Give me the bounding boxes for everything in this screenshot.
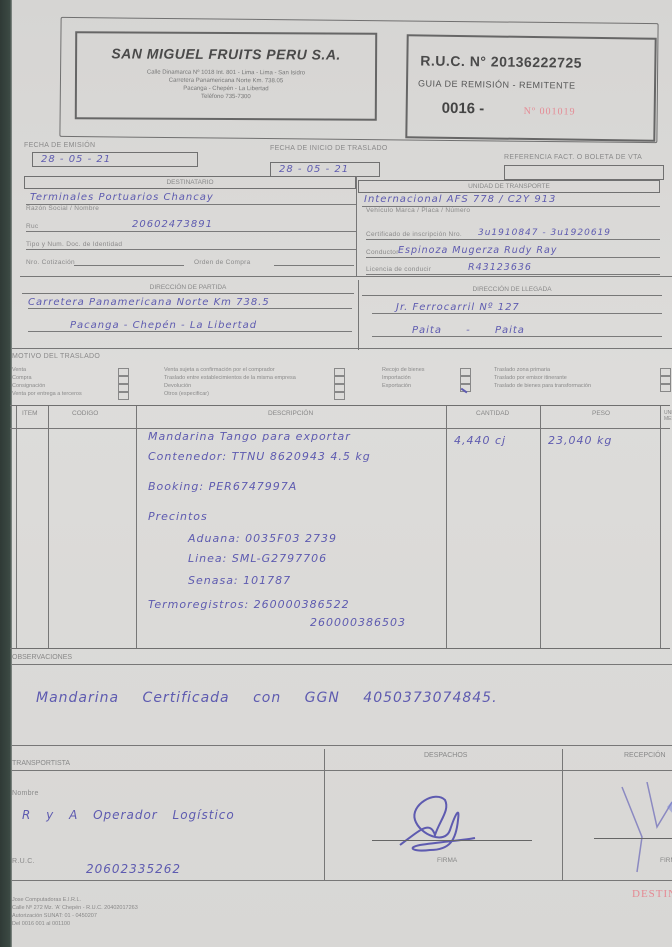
doc-identidad-label: Tipo y Num. Doc. de Identidad: [26, 241, 122, 248]
divider: [358, 280, 359, 350]
motivo-checkbox[interactable]: [460, 368, 471, 376]
item-peso[interactable]: 23,040 kg: [548, 434, 612, 447]
vehiculo-value[interactable]: Internacional AFS 778 / C2Y 913: [364, 194, 556, 205]
despachos-signature-line: [372, 840, 532, 841]
llegada-line-1[interactable]: Jr. Ferrocarril Nº 127: [372, 302, 662, 314]
company-name: SAN MIGUEL FRUITS PERU S.A.: [77, 45, 375, 63]
partida-header: DIRECCIÓN DE PARTIDA: [22, 282, 354, 294]
transportista-label: TRANSPORTISTA: [12, 760, 70, 767]
description-line[interactable]: Precintos: [148, 510, 208, 523]
observaciones-label: OBSERVACIONES: [12, 654, 72, 661]
motivo-checkbox[interactable]: [460, 384, 471, 392]
document-number: Nº 001019: [524, 106, 576, 118]
orden-compra-label: Orden de Compra: [194, 259, 251, 266]
company-address-line: Carretera Panamericana Norte Km. 738.05: [77, 77, 375, 85]
partida-line-2[interactable]: Pacanga - Chepén - La Libertad: [28, 320, 352, 332]
conductor-value[interactable]: Espinoza Mugerza Rudy Ray: [398, 245, 557, 256]
cotizacion-field[interactable]: [74, 265, 184, 266]
motivo-option-label: Traslado de bienes para transformación: [494, 383, 591, 391]
razon-social-label: Razón Social / Nombre: [26, 205, 99, 212]
printer-line: Jose Computadoras E.I.R.L.: [12, 897, 81, 903]
document-type: GUIA DE REMISIÓN - REMITENTE: [418, 78, 576, 90]
motivo-option-label: Compra: [12, 375, 32, 383]
recepcion-signature-line: [594, 838, 672, 839]
orden-compra-field[interactable]: [274, 265, 354, 266]
printer-line: Autorización SUNAT: 01 - 0450207: [12, 913, 97, 919]
licencia-label: Licencia de conducir: [366, 266, 431, 273]
vehiculo-row: Internacional AFS 778 / C2Y 913: [362, 192, 660, 207]
motivo-checkbox[interactable]: [118, 368, 129, 376]
divider: [12, 880, 672, 881]
description-line[interactable]: 260000386503: [310, 616, 406, 629]
motivo-option-label: Traslado entre establecimientos de la mi…: [164, 375, 296, 383]
motivo-option-label: Importación: [382, 375, 411, 383]
company-box: SAN MIGUEL FRUITS PERU S.A. Calle Dinama…: [75, 31, 377, 121]
transportista-ruc-label: R.U.C.: [12, 858, 35, 865]
emision-date-label: FECHA DE EMISIÓN: [24, 142, 95, 149]
company-phone: Teléfono 735-7300: [77, 93, 375, 101]
observaciones-text[interactable]: Mandarina Certificada con GGN 4050373074…: [36, 690, 498, 706]
referencia-field[interactable]: [504, 165, 664, 180]
motivo-option-label: Devolución: [164, 383, 191, 391]
transportista-nombre-label: Nombre: [12, 790, 39, 797]
licencia-row: Licencia de conducir R43123636: [366, 260, 660, 275]
divider: [12, 348, 672, 349]
motivo-checkbox[interactable]: [334, 368, 345, 376]
divider: [12, 745, 672, 746]
motivo-checkbox[interactable]: [334, 376, 345, 384]
despachos-signature: [390, 790, 500, 860]
motivo-option-label: Traslado por emisor itinerante: [494, 375, 567, 383]
col-item: ITEM: [22, 410, 38, 417]
vehiculo-label: Vehículo Marca / Placa / Número: [366, 207, 470, 214]
description-line[interactable]: Senasa: 101787: [188, 574, 291, 587]
printer-line: Del 0016 001 al 001100: [12, 921, 70, 927]
description-line[interactable]: Contenedor: TTNU 8620943 4.5 kg: [148, 450, 371, 463]
recepcion-signature: [612, 782, 672, 882]
motivo-option-label: Consignación: [12, 383, 45, 391]
col-unidad-medida: UNIDAD MEDIDA: [664, 410, 672, 422]
despachos-label: DESPACHOS: [424, 752, 467, 759]
copy-mark: DESTINATARIO: [632, 888, 672, 900]
motivo-checkbox[interactable]: [334, 384, 345, 392]
divider: [12, 664, 672, 665]
ruc-value[interactable]: 20602473891: [132, 219, 213, 230]
company-address-line: Pacanga - Chepén - La Libertad: [77, 85, 375, 93]
partida-line-1[interactable]: Carretera Panamericana Norte Km 738.5: [28, 297, 352, 309]
certificado-value[interactable]: 3u1910847 - 3u1920619: [478, 228, 611, 238]
licencia-value[interactable]: R43123636: [468, 262, 532, 273]
doc-identidad-row: Tipo y Num. Doc. de Identidad: [26, 235, 356, 250]
printer-line: Calle Nº 272 Mz. 'A' Chepén - R.U.C. 204…: [12, 905, 138, 911]
company-address-line: Calle Dinamarca Nº 1018 Int. 801 - Lima …: [77, 69, 375, 77]
divider: [562, 749, 563, 881]
col-peso: PESO: [592, 410, 610, 417]
motivo-option-label: Otros (especificar): [164, 391, 209, 399]
col-cantidad: CANTIDAD: [476, 410, 509, 417]
motivo-option-label: Venta por entrega a terceros: [12, 391, 82, 399]
col-descripcion: DESCRIPCIÓN: [268, 410, 313, 417]
recepcion-label: RECEPCIÓN: [624, 752, 666, 759]
certificado-row: Certificado de inscripción Nro. 3u191084…: [366, 225, 660, 240]
description-line[interactable]: Mandarina Tango para exportar: [148, 430, 351, 443]
certificado-label: Certificado de inscripción Nro.: [366, 231, 462, 238]
razon-social-value[interactable]: Terminales Portuarios Chancay: [30, 192, 214, 203]
motivo-option-label: Venta: [12, 367, 26, 375]
motivo-checkbox[interactable]: [118, 392, 129, 400]
despachos-firma-label: FIRMA: [437, 857, 457, 864]
conductor-row: Conductor Espinoza Mugerza Rudy Ray: [366, 243, 660, 258]
motivo-option-label: Venta sujeta a confirmación por el compr…: [164, 367, 275, 375]
cotizacion-row: Nro. Cotización Orden de Compra: [26, 253, 356, 267]
col-codigo: CODIGO: [72, 410, 98, 417]
ruc-box: R.U.C. N° 20136222725 GUIA DE REMISIÓN -…: [405, 34, 656, 141]
items-table: ITEM CODIGO DESCRIPCIÓN CANTIDAD PESO UN…: [10, 405, 670, 649]
item-cantidad[interactable]: 4,440 cj: [454, 434, 506, 447]
motivo-option-label: Recojo de bienes: [382, 367, 425, 375]
destinatario-header: DESTINATARIO: [24, 176, 356, 189]
conductor-label: Conductor: [366, 249, 399, 256]
divider: [12, 770, 672, 771]
transportista-ruc-value[interactable]: 20602335262: [86, 862, 181, 876]
description-line[interactable]: Booking: PER6747997A: [148, 480, 297, 493]
document-serie: 0016 -: [442, 100, 485, 118]
motivo-checkbox[interactable]: [460, 376, 471, 384]
description-line[interactable]: Aduana: 0035F03 2739: [188, 532, 337, 545]
ruc-row: Ruc 20602473891: [26, 217, 356, 232]
inicio-date-field[interactable]: 28 - 05 - 21: [270, 162, 380, 177]
motivo-checkbox[interactable]: [118, 384, 129, 392]
motivo-option-label: Traslado zona primaria: [494, 367, 550, 375]
motivo-label: MOTIVO DEL TRASLADO: [12, 353, 100, 360]
waybill-document: SAN MIGUEL FRUITS PERU S.A. Calle Dinama…: [12, 0, 672, 947]
ruc-label: Ruc: [26, 223, 38, 230]
motivo-checkbox[interactable]: [334, 392, 345, 400]
inicio-date-label: FECHA DE INICIO DE TRASLADO: [270, 145, 388, 152]
emision-date-field[interactable]: 28 - 05 - 21: [32, 152, 198, 167]
table-header-divider: [10, 428, 670, 429]
razon-social-row: Terminales Portuarios Chancay: [26, 190, 356, 205]
divider: [324, 749, 325, 881]
divider: [20, 276, 672, 277]
motivo-checkbox[interactable]: [118, 376, 129, 384]
motivo-checkbox[interactable]: [660, 376, 671, 384]
llegada-line-2[interactable]: Paita - Paita: [372, 325, 662, 337]
recepcion-firma-label: FIRMA: [660, 857, 672, 864]
cotizacion-label: Nro. Cotización: [26, 259, 75, 266]
transportista-nombre-value[interactable]: R y A Operador Logístico: [22, 808, 235, 822]
motivo-checkbox[interactable]: [660, 368, 671, 376]
llegada-header: DIRECCIÓN DE LLEGADA: [362, 284, 662, 296]
referencia-label: REFERENCIA FACT. O BOLETA DE VTA: [504, 154, 642, 161]
description-line[interactable]: Termoregistros: 260000386522: [148, 598, 350, 611]
description-line[interactable]: Linea: SML-G2797706: [188, 552, 327, 565]
motivo-checkbox[interactable]: [660, 384, 671, 392]
ruc-number: R.U.C. N° 20136222725: [420, 52, 582, 70]
motivo-option-label: Exportación: [382, 383, 411, 391]
